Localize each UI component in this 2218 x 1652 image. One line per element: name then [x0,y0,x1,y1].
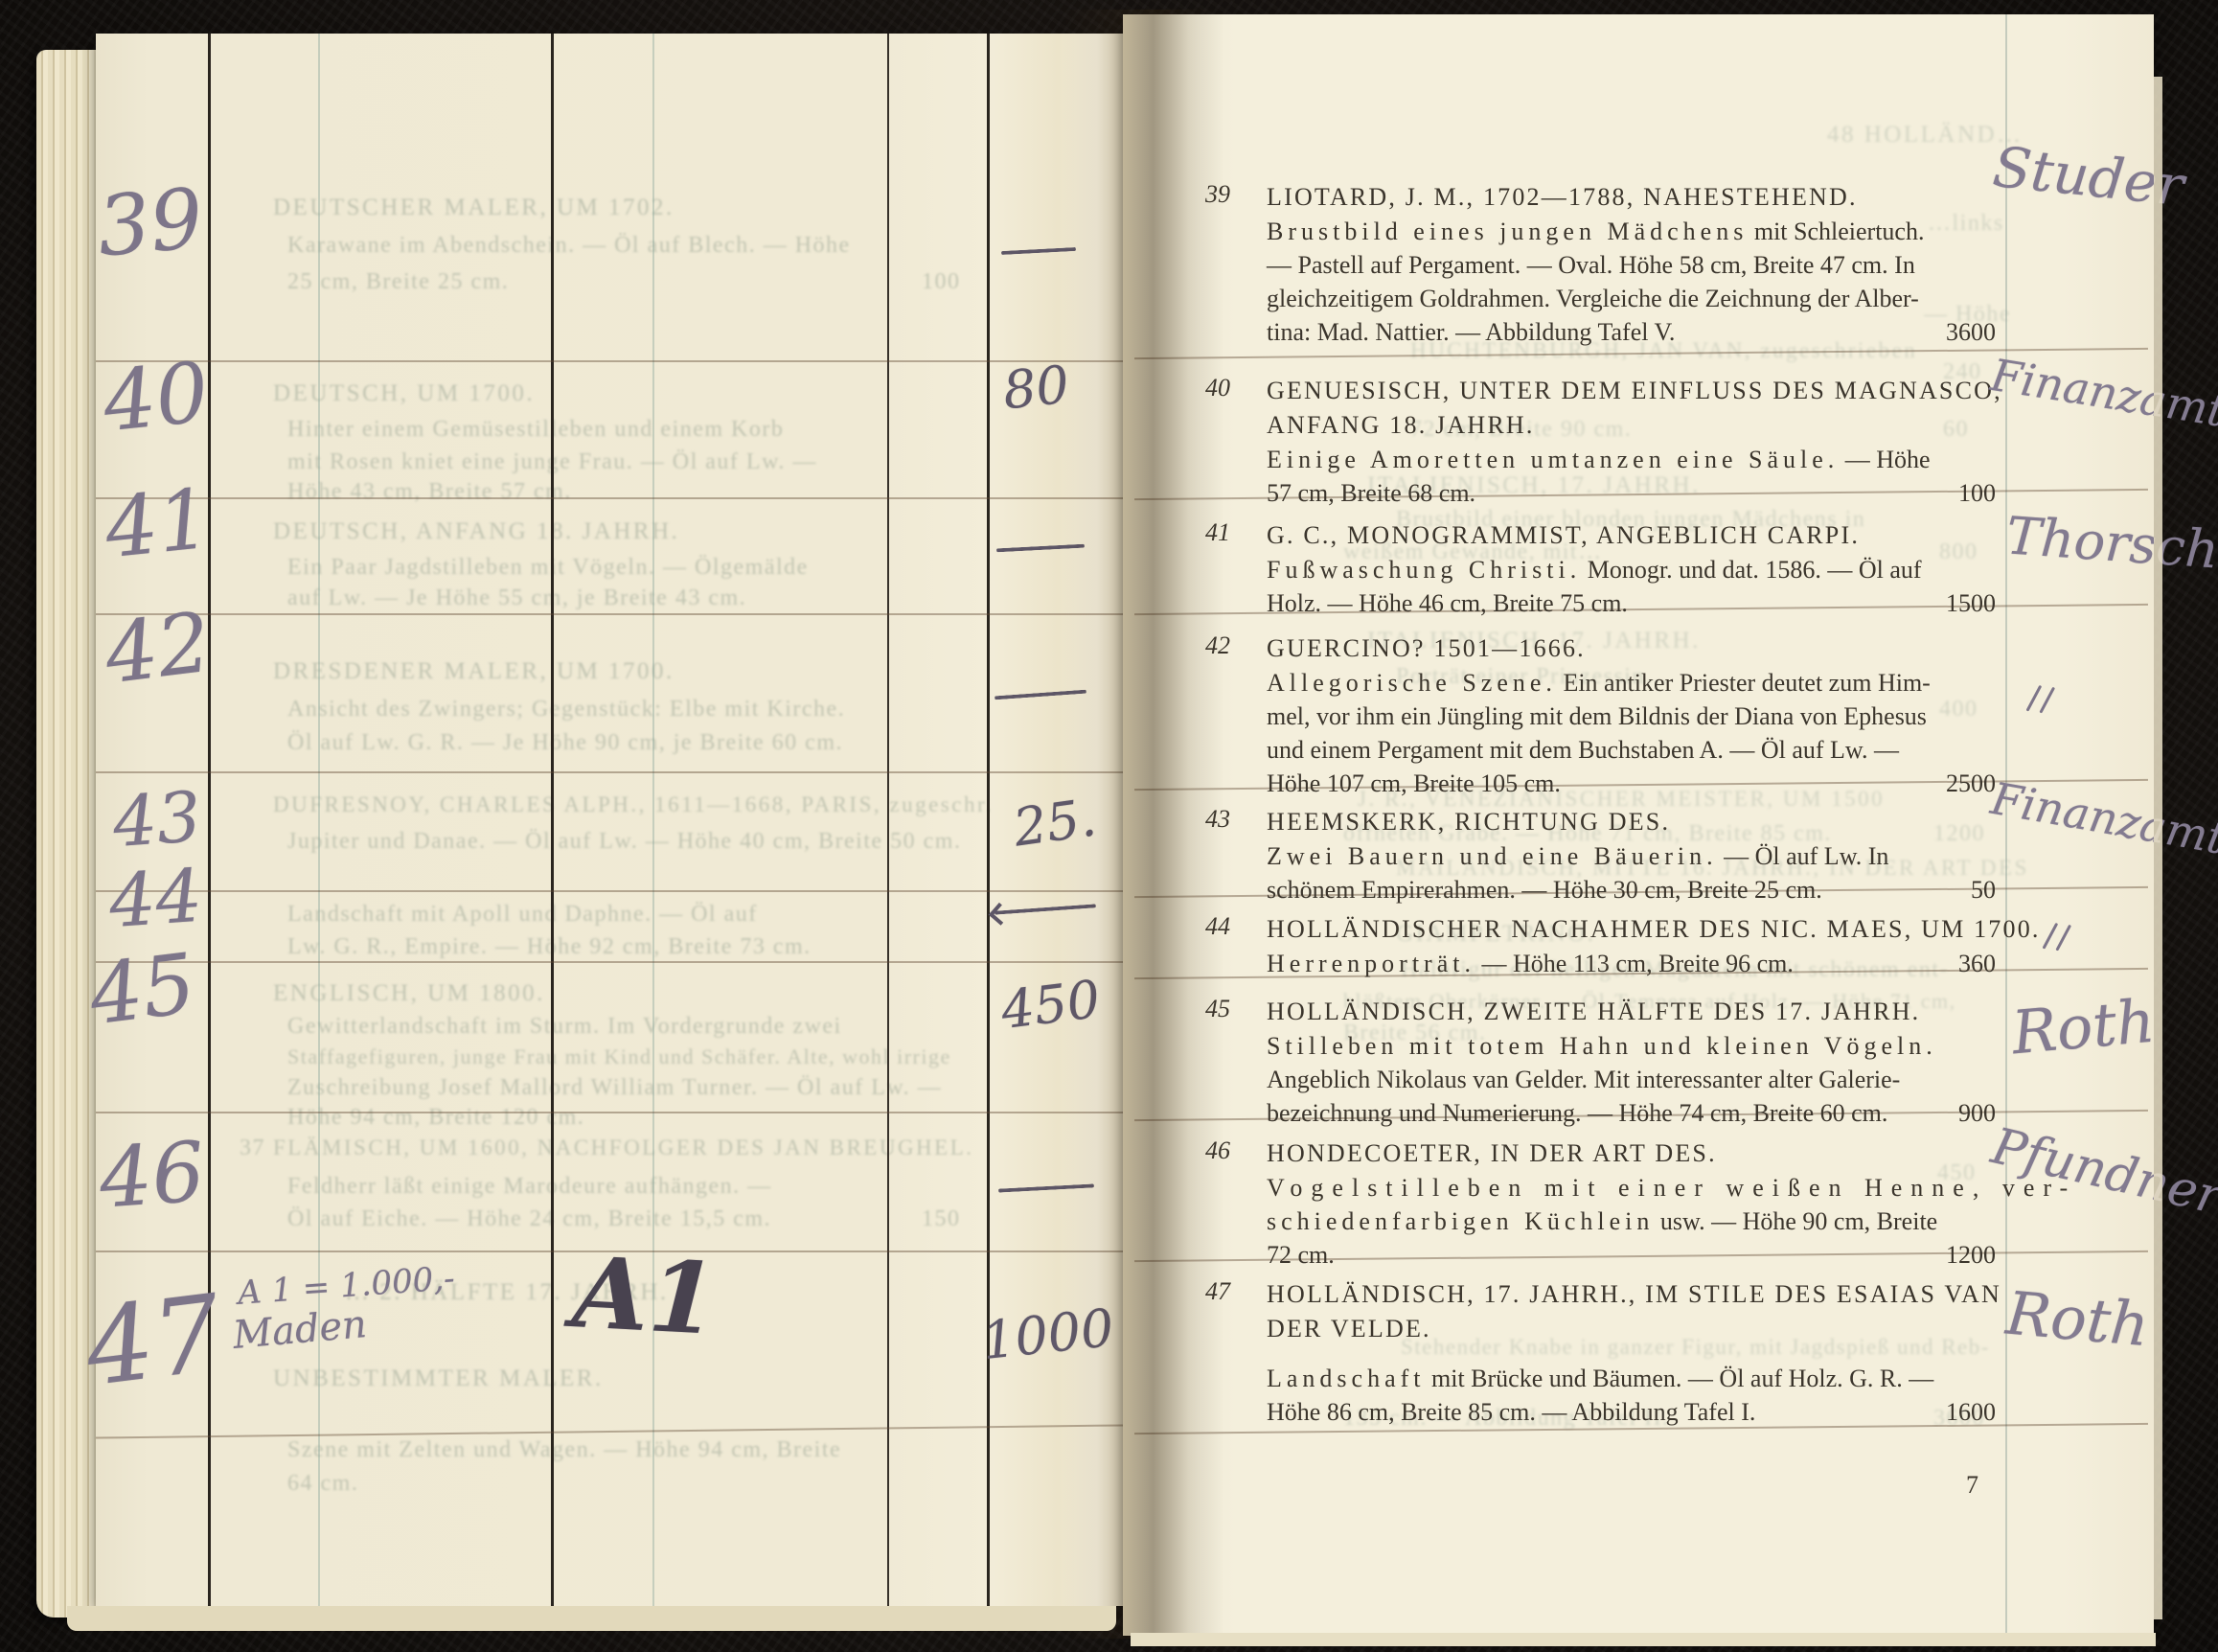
catalog-entry-40: GENUESISCH, UNTER DEM EINFLUSS DES MAGNA… [1267,374,1996,510]
entry-text: mit Brücke und Bäumen. — Öl auf Holz. G.… [1426,1365,1934,1392]
handwritten-lot-42: 42 [100,595,216,703]
margin-annotation-43: Finanzamt [1987,772,2218,864]
ghost-text: 64 cm. [287,1471,358,1497]
interleaf-page: DEUTSCHER MALER, UM 1702. Karawane im Ab… [96,34,1123,1606]
ghost-text: DUFRESNOY, CHARLES ALPH., 1611—1668, PAR… [273,792,994,817]
entry-text: Brustbild eines jungen Mädchens [1267,218,1748,245]
entry-heading: GENUESISCH, UNTER DEM EINFLUSS DES MAGNA… [1267,374,1996,408]
ledger-vertical-rule [887,34,889,1606]
ghost-text: Jupiter und Danae. — Öl auf Lw. — Höhe 4… [287,829,961,855]
ghost-text: Lw. G. R., Empire. — Höhe 92 cm, Breite … [287,934,812,960]
ghost-text: UNBESTIMMTER MALER. [273,1365,604,1392]
ghost-text: DEUTSCHER MALER, UM 1702. [273,195,675,221]
margin-annotation-45: Roth [2009,986,2158,1068]
catalog-entry-46: HONDECOETER, IN DER ART DES. Vogelstille… [1267,1136,1996,1272]
catalog-entry-41: G. C., MONOGRAMMIST, ANGEBLICH CARPI. Fu… [1267,518,1996,620]
ghost-text: Hinter einem Gemüsestilleben und einem K… [287,417,784,443]
page-bottom-edge [1131,1633,2156,1646]
estimate-price: 2500 [1946,767,1996,800]
ghost-text: Höhe 43 cm, Breite 57 cm. [287,479,572,505]
entry-text: — Höhe 113 cm, Breite 96 cm. [1475,950,1794,977]
ruled-line [96,771,1123,773]
entry-text: schönem Empirerahmen. — Höhe 30 cm, Brei… [1267,876,1822,904]
ditto-mark-44 [2043,921,2075,957]
handwritten-lot-46: 46 [97,1124,208,1227]
entry-text: Angeblich Nikolaus van Gelder. Mit inter… [1267,1066,1900,1093]
entry-heading: HEEMSKERK, RICHTUNG DES. [1267,805,1996,839]
ghost-text: Öl auf Lw. G. R. — Je Höhe 90 cm, je Bre… [287,730,843,756]
entry-text: bezeichnung und Numerierung. — Höhe 74 c… [1267,1099,1887,1127]
catalog-page: 48 HOLLÄND… …links — Höhe 240 HUCHTENBUR… [1123,14,2154,1636]
entry-heading: ANFANG 18. JAHRH. [1267,408,1996,443]
estimate-price: 100 [1958,476,1996,510]
handwritten-lot-44: 44 [106,853,205,945]
estimate-price: 900 [1958,1096,1996,1130]
entry-text: Herrenporträt. [1267,950,1475,977]
ghost-text: Öl auf Eiche. — Höhe 24 cm, Breite 15,5 … [287,1206,771,1232]
entry-text: — Öl auf Lw. In [1718,842,1889,870]
catalog-entry-44: HOLLÄNDISCHER NACHAHMER DES NIC. MAES, U… [1267,912,1996,980]
page-number: 7 [1966,1471,1978,1500]
arrowhead [989,903,1012,926]
entry-text: schiedenfarbigen Küchlein [1267,1207,1654,1235]
entry-text: Landschaft [1267,1365,1426,1392]
ledger-vertical-rule-faint [652,34,654,1606]
ghost-text: Zuschreibung Josef Mallord William Turne… [287,1075,942,1101]
ruled-line [96,890,1123,892]
ghost-text: 150 [922,1206,961,1232]
entry-text: Höhe 86 cm, Breite 85 cm. — Abbildung Ta… [1267,1398,1755,1426]
ghost-text: 48 HOLLÄND… [1827,122,2024,149]
entry-text: Holz. — Höhe 46 cm, Breite 75 cm. [1267,589,1628,617]
catalog-entry-47: HOLLÄNDISCH, 17. JAHRH., IM STILE DES ES… [1267,1277,1996,1429]
ruled-line [96,613,1123,615]
ghost-text: Karawane im Abendschein. — Öl auf Blech.… [287,233,851,259]
ledger-vertical-rule-faint [318,34,320,1606]
entry-heading: HOLLÄNDISCH, ZWEITE HÄLFTE DES 17. JAHRH… [1267,995,1996,1029]
entry-heading: LIOTARD, J. M., 1702—1788, NAHESTEHEND. [1267,180,1996,215]
entry-text: mel, vor ihm ein Jüngling mit dem Bildni… [1267,702,1927,730]
entry-text: Vogelstilleben mit einer weißen Henne, v… [1267,1174,2076,1202]
handwritten-lot-47: 47 [80,1272,228,1410]
margin-annotation-41: Thorsch [2004,505,2218,580]
entry-text: usw. — Höhe 90 cm, Breite [1654,1207,1937,1235]
entry-text: und einem Pergament mit dem Buchstaben A… [1267,736,1899,764]
entry-text: Höhe 107 cm, Breite 105 cm. [1267,769,1561,797]
handwritten-lot-39: 39 [94,171,207,275]
book-gutter [1062,10,1224,1639]
entry-heading: DER VELDE. [1267,1312,1996,1346]
margin-annotation-46: Pfundner [1986,1117,2218,1226]
ghost-text: ENGLISCH, UM 1800. [273,980,545,1007]
ghost-text: 25 cm, Breite 25 cm. [287,269,509,295]
ghost-text: DEUTSCH, ANFANG 18. JAHRH. [273,518,679,545]
ghost-text: Feldherr läßt einige Marodeure aufhängen… [287,1174,772,1200]
entry-text: Allegorische Szene. [1267,669,1557,697]
ruled-line [96,1112,1123,1113]
ghost-text: Ein Paar Jagdstilleben mit Vögeln. — Ölg… [287,555,809,581]
entry-heading: G. C., MONOGRAMMIST, ANGEBLICH CARPI. [1267,518,1996,553]
ghost-text: Höhe 94 cm, Breite 120 cm. [287,1105,584,1131]
entry-text: Fußwaschung Christi. [1267,556,1581,584]
entry-text: 57 cm, Breite 68 cm. [1267,479,1475,507]
margin-annotation-40: Finanzamt [1987,349,2218,437]
ditto-mark-42 [2026,683,2059,720]
ghost-text: Gewitterlandschaft im Sturm. Im Vordergr… [287,1014,842,1040]
ruled-line [96,360,1123,362]
note-big-a1: A1 [570,1235,720,1358]
ruled-line [96,497,1123,499]
handwritten-lot-41: 41 [101,471,215,578]
estimate-price: 1200 [1946,1238,1996,1272]
ruled-line [96,961,1123,963]
page-bottom-edge [67,1606,1116,1631]
entry-text: Einige Amoretten umtanzen eine Säule. [1267,446,1839,473]
estimate-price: 360 [1958,947,1996,980]
estimate-price: 50 [1971,873,1996,906]
entry-text: 72 cm. [1267,1241,1335,1269]
ghost-text: DRESDENER MALER, UM 1700. [273,658,675,685]
catalog-entry-42: GUERCINO? 1501—1666. Allegorische Szene.… [1267,631,1996,800]
ghost-text: 100 [922,269,961,295]
page-fore-edge [2154,77,2162,1619]
ghost-text: Staffagefiguren, junge Frau mit Kind und… [287,1044,951,1069]
entry-text: Zwei Bauern und eine Bäuerin. [1267,842,1718,870]
ghost-text: FLÄMISCH, UM 1600, NACHFOLGER DES JAN BR… [273,1136,974,1160]
entry-text: Monogr. und dat. 1586. — Öl auf [1581,556,1921,584]
handwritten-lot-40: 40 [99,345,213,451]
ghost-text: Szene mit Zelten und Wagen. — Höhe 94 cm… [287,1437,841,1463]
ghost-text: auf Lw. — Je Höhe 55 cm, je Breite 43 cm… [287,585,746,611]
entry-text: tina: Mad. Nattier. — Abbildung Tafel V. [1267,318,1675,346]
entry-heading: HOLLÄNDISCH, 17. JAHRH., IM STILE DES ES… [1267,1277,1996,1312]
margin-annotation-47: Roth [2003,1278,2152,1361]
entry-heading: HONDECOETER, IN DER ART DES. [1267,1136,1996,1171]
ghost-text: Ansicht des Zwingers; Gegenstück: Elbe m… [287,697,845,723]
catalog-entry-39: LIOTARD, J. M., 1702—1788, NAHESTEHEND. … [1267,180,1996,349]
entry-text: — Pastell auf Pergament. — Oval. Höhe 58… [1267,251,1915,279]
catalog-entry-45: HOLLÄNDISCH, ZWEITE HÄLFTE DES 17. JAHRH… [1267,995,1996,1130]
entry-heading: HOLLÄNDISCHER NACHAHMER DES NIC. MAES, U… [1267,912,1996,947]
ghost-text: 37 [240,1136,265,1161]
page-edges-stack [36,50,98,1618]
entry-heading: GUERCINO? 1501—1666. [1267,631,1996,666]
ghost-text: DEUTSCH, UM 1700. [273,380,535,407]
entry-text: Stilleben mit totem Hahn und kleinen Vög… [1267,1032,1937,1060]
auction-catalog-photo: DEUTSCHER MALER, UM 1702. Karawane im Ab… [0,0,2218,1652]
estimate-price: 3600 [1946,315,1996,349]
entry-text: Ein antiker Priester deutet zum Him- [1557,669,1931,697]
catalog-entry-43: HEEMSKERK, RICHTUNG DES. Zwei Bauern und… [1267,805,1996,906]
handwritten-lot-43: 43 [110,776,203,862]
entry-text: mit Schleiertuch. [1748,218,1924,245]
ghost-text: Landschaft mit Apoll und Daphne. — Öl au… [287,902,758,928]
estimate-price: 1600 [1946,1395,1996,1429]
entry-text: — Höhe [1839,446,1930,473]
estimate-price: 1500 [1946,586,1996,620]
entry-text: gleichzeitigem Goldrahmen. Vergleiche di… [1267,285,1919,312]
handwritten-lot-45: 45 [84,936,200,1044]
ledger-vertical-rule [551,34,554,1606]
